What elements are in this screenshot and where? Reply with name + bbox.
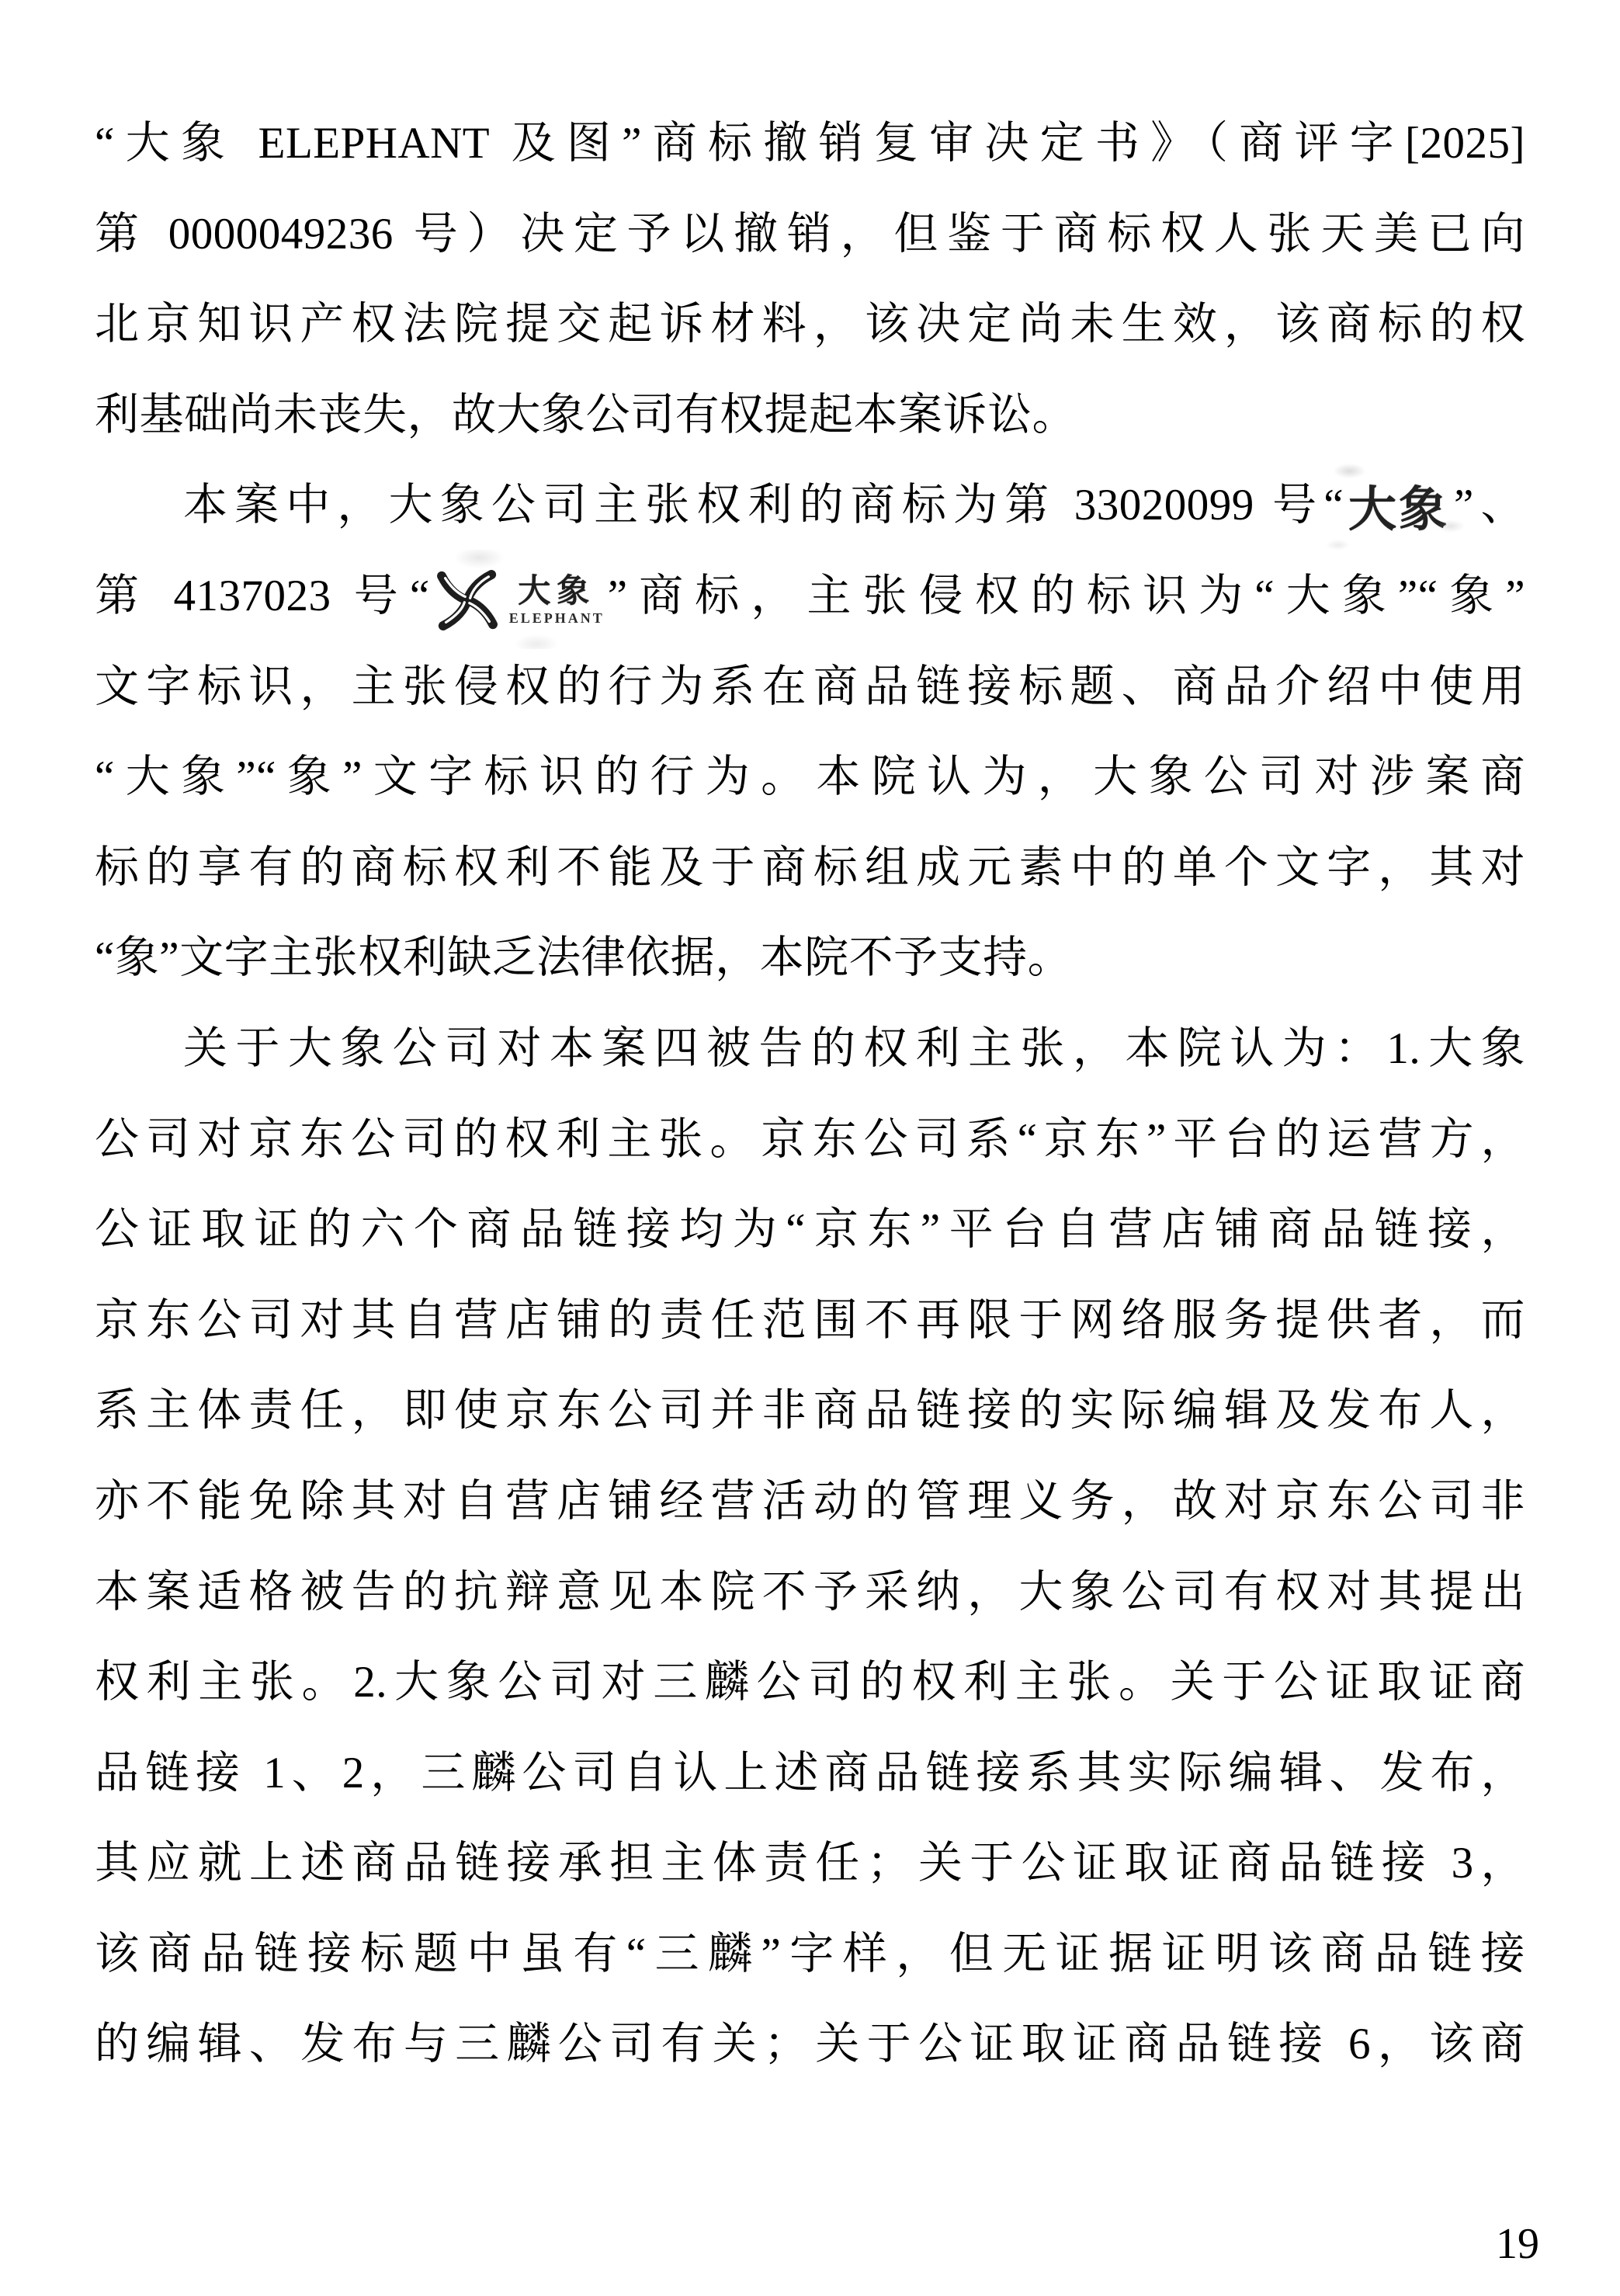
page-number: 19 [1496, 2222, 1539, 2266]
line6-text-post: ”商标，主张侵权的标识为“大象”“象” [608, 571, 1525, 620]
trademark-elephant-logo-image: 大象ELEPHANT [430, 562, 608, 638]
text-line-16: 亦不能免除其对自营店铺经营活动的管理义务，故对京东公司非 [95, 1457, 1525, 1547]
text-line-17: 本案适格被告的抗辩意见本院不予采纳，大象公司有权对其提出 [95, 1547, 1525, 1638]
text-line-20: 其应就上述商品链接承担主体责任；关于公证取证商品链接 3， [95, 1818, 1525, 1909]
text-line-18: 权利主张。2.大象公司对三麟公司的权利主张。关于公证取证商 [95, 1638, 1525, 1728]
text-line-13: 公证取证的六个商品链接均为“京东”平台自营店铺商品链接， [95, 1185, 1525, 1276]
pinwheel-icon [433, 566, 501, 634]
text-line-10: “象”文字主张权利缺乏法律依据，本院不予支持。 [95, 913, 1525, 1004]
trademark-elephant-cn-text: 大象 [518, 575, 595, 607]
text-line-2: 第 0000049236 号）决定予以撤销，但鉴于商标权人张天美已向 [95, 189, 1525, 280]
text-line-4: 利基础尚未丧失，故大象公司有权提起本案诉讼。 [95, 370, 1525, 461]
trademark-daxiang-word-text: 大象 [1348, 483, 1449, 537]
text-line-12: 公司对京东公司的权利主张。京东公司系“京东”平台的运营方， [95, 1095, 1525, 1186]
text-line-21: 该商品链接标题中虽有“三麟”字样，但无证据证明该商品链接 [95, 1909, 1525, 2000]
text-line-15: 系主体责任，即使京东公司并非商品链接的实际编辑及发布人， [95, 1366, 1525, 1457]
text-line-7: 文字标识，主张侵权的行为系在商品链接标题、商品介绍中使用 [95, 642, 1525, 733]
text-line-1: “大象 ELEPHANT 及图”商标撤销复审决定书》（商评字[2025] [95, 99, 1525, 189]
text-line-9: 标的享有的商标权利不能及于商标组成元素中的单个文字，其对 [95, 823, 1525, 914]
document-page: “大象 ELEPHANT 及图”商标撤销复审决定书》（商评字[2025] 第 0… [0, 0, 1620, 2296]
text-line-22: 的编辑、发布与三麟公司有关；关于公证取证商品链接 6，该商 [95, 1999, 1525, 2090]
text-line-14: 京东公司对其自营店铺的责任范围不再限于网络服务提供者，而 [95, 1276, 1525, 1367]
text-line-5: 本案中，大象公司主张权利的商标为第 33020099 号“大象”、 [95, 460, 1525, 551]
line5-text-post: ”、 [1454, 481, 1525, 530]
text-line-3: 北京知识产权法院提交起诉材料，该决定尚未生效，该商标的权 [95, 280, 1525, 370]
text-line-8: “大象”“象”文字标识的行为。本院认为，大象公司对涉案商 [95, 732, 1525, 823]
line5-text-pre: 本案中，大象公司主张权利的商标为第 33020099 号“ [183, 481, 1344, 530]
line6-text-pre: 第 4137023 号“ [95, 571, 430, 620]
text-line-11: 关于大象公司对本案四被告的权利主张，本院认为：1.大象 [95, 1004, 1525, 1095]
text-line-6: 第 4137023 号“ 大象ELEPHANT”商标，主张侵权的标识为“大象”“… [95, 551, 1525, 642]
trademark-daxiang-word-image: 大象 [1344, 486, 1454, 534]
trademark-elephant-logo-caption: 大象ELEPHANT [509, 575, 605, 625]
document-text: “大象 ELEPHANT 及图”商标撤销复审决定书》（商评字[2025] 第 0… [95, 99, 1525, 2090]
trademark-elephant-en-text: ELEPHANT [509, 611, 605, 625]
text-line-19: 品链接 1、2，三麟公司自认上述商品链接系其实际编辑、发布， [95, 1728, 1525, 1819]
